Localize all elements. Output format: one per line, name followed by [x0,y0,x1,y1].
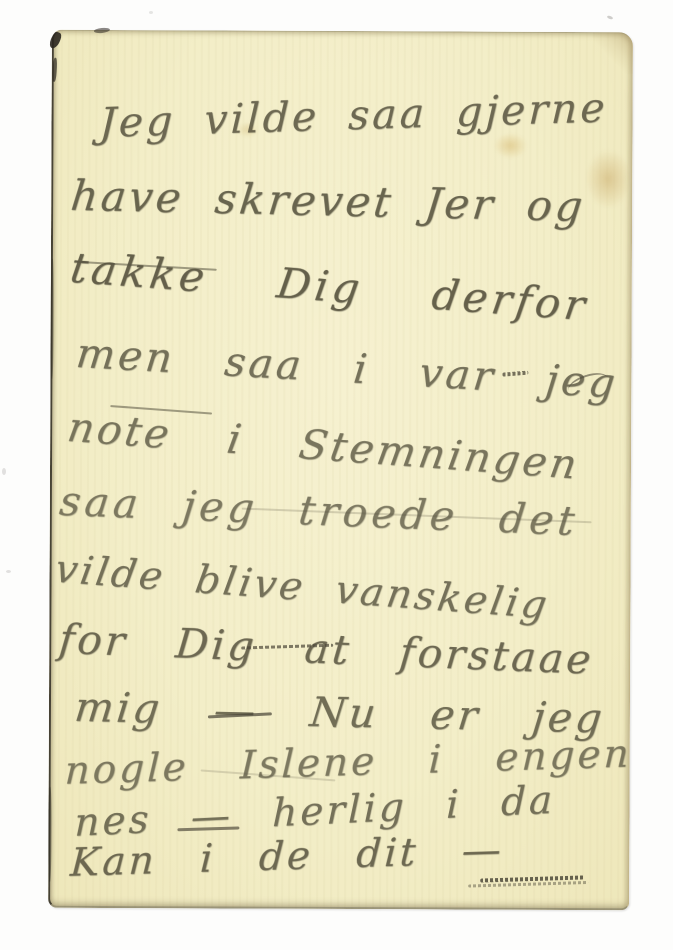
scanner-dust-speck [149,11,153,14]
handwriting-line-2: have skrevet Jer og [69,171,588,231]
postcard-paper: Jeg vilde saa gjerne have skrevet Jer og… [48,30,633,911]
handwriting-line-3: takke Dig derfor [67,243,592,330]
scanned-document: Jeg vilde saa gjerne have skrevet Jer og… [0,0,673,950]
scanner-dust-speck [6,570,11,573]
handwriting-block: Jeg vilde saa gjerne have skrevet Jer og… [50,31,632,909]
scanner-dust-speck [2,468,6,475]
handwriting-line-5: note i Stemningen [64,403,583,489]
handwriting-line-7: vilde blive vanskelig [52,547,553,628]
handwriting-line-1: Jeg vilde saa gjerne [99,83,609,147]
handwriting-line-9: mig — Nu er jeg [72,683,607,742]
handwriting-line-4: men saa i var jeg [74,329,621,408]
scanner-dust-speck [607,15,614,20]
